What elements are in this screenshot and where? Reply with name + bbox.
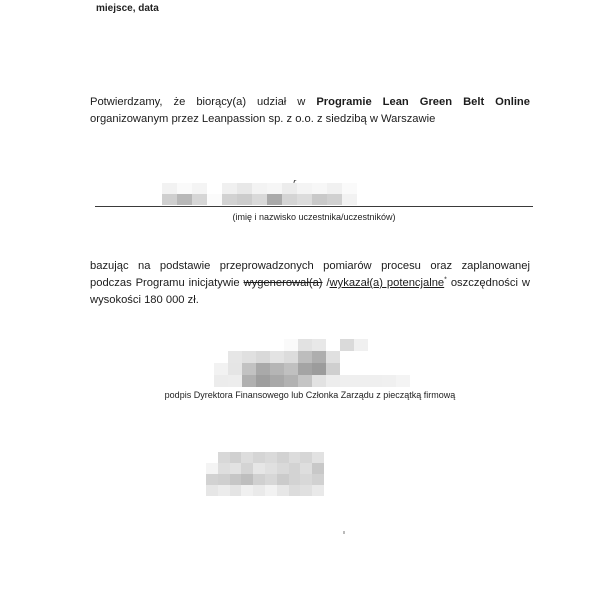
confirmation-paragraph: Potwierdzamy, że biorący(a) udział w Pro… (90, 94, 530, 128)
confirmation-text-end: organizowanym przez Leanpassion sp. z o.… (90, 113, 435, 125)
scan-speck (343, 531, 345, 534)
program-name: Programie Lean Green Belt Online (316, 96, 530, 108)
participant-name-caption: (imię i nazwisko uczestnika/uczestników) (95, 212, 533, 222)
struck-option: wygenerował(a) (244, 277, 323, 289)
participant-name-redacted (162, 183, 357, 205)
signature-caption: podpis Dyrektora Finansowego lub Członka… (140, 390, 480, 400)
participant-name-line (95, 206, 533, 207)
selected-option: wykazał(a) potencjalne (330, 277, 445, 289)
confirmation-text-start: Potwierdzamy, że biorący(a) udział w (90, 96, 316, 108)
option-separator: / (323, 277, 330, 289)
place-date-label: miejsce, data (96, 3, 159, 14)
savings-paragraph: bazując na podstawie przeprowadzonych po… (90, 258, 530, 309)
company-stamp-redacted (206, 452, 324, 496)
signature-redacted (214, 327, 410, 387)
